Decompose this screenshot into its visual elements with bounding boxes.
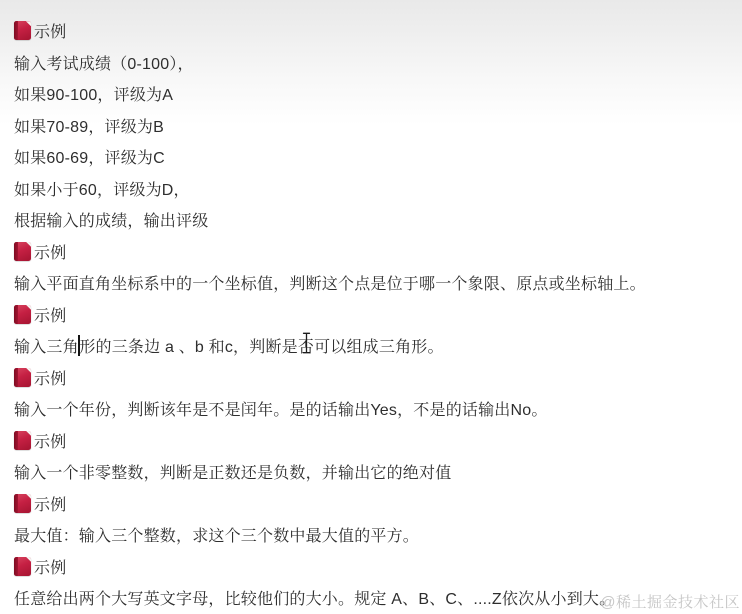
exercise-text: 输入一个非零整数，判断是正数还是负数，并输出它的绝对值 [14,460,451,483]
example-header: 示例 [0,551,742,583]
exercise-text: 任意给出两个大写英文字母，比较他们的大小。规定 A、B、C、....Z依次从小到… [14,586,615,609]
exercise-line: 如果小于60，评级为D， [0,173,742,205]
exercise-line: 如果60-69，评级为C [0,141,742,173]
watermark: @稀土掘金技术社区 [600,591,740,612]
example-header: 示例 [0,362,742,394]
red-book-icon [14,368,31,387]
red-book-icon [14,21,31,40]
ibeam-cursor-icon [302,332,311,354]
example-header: 示例 [0,299,742,331]
example-header-label: 示例 [34,555,66,578]
exercise-line: 输入三角形的三条边 a 、b 和c，判断是否可以组成三角形。 [0,330,742,362]
text-caret [78,335,80,356]
example-header-label: 示例 [34,429,66,452]
exercise-line: 输入平面直角坐标系中的一个坐标值，判断这个点是位于哪一个象限、原点或坐标轴上。 [0,267,742,299]
example-header: 示例 [0,425,742,457]
example-header-label: 示例 [34,366,66,389]
example-header: 示例 [0,236,742,268]
exercise-line: 输入考试成绩（0-100）， [0,47,742,79]
example-header-label: 示例 [34,19,66,42]
example-header-label: 示例 [34,492,66,515]
exercise-text: 如果90-100，评级为A [14,82,173,105]
example-header: 示例 [0,15,742,47]
exercise-line: 如果90-100，评级为A [0,78,742,110]
red-book-icon [14,557,31,576]
example-header-label: 示例 [34,240,66,263]
exercise-line: 如果70-89，评级为B [0,110,742,142]
exercise-text: 输入一个年份，判断该年是不是闰年。是的话输出Yes，不是的话输出No。 [14,397,548,420]
exercise-text: 如果70-89，评级为B [14,114,164,137]
exercise-text: 最大值：输入三个整数，求这个三个数中最大值的平方。 [14,523,419,546]
exercise-line: 输入一个非零整数，判断是正数还是负数，并输出它的绝对值 [0,456,742,488]
exercise-text: 输入考试成绩（0-100）， [14,51,194,74]
article-body: 示例输入考试成绩（0-100），如果90-100，评级为A如果70-89，评级为… [0,0,742,614]
red-book-icon [14,305,31,324]
red-book-icon [14,242,31,261]
exercise-line: 最大值：输入三个整数，求这个三个数中最大值的平方。 [0,519,742,551]
example-header-label: 示例 [34,303,66,326]
exercise-text: 输入三角形的三条边 a 、b 和c，判断是否可以组成三角形。 [14,334,444,357]
exercise-text: 如果60-69，评级为C [14,145,165,168]
red-book-icon [14,494,31,513]
red-book-icon [14,431,31,450]
exercise-text: 如果小于60，评级为D， [14,177,190,200]
exercise-line: 输入一个年份，判断该年是不是闰年。是的话输出Yes，不是的话输出No。 [0,393,742,425]
exercise-line: 根据输入的成绩，输出评级 [0,204,742,236]
exercise-text: 输入平面直角坐标系中的一个坐标值，判断这个点是位于哪一个象限、原点或坐标轴上。 [14,271,646,294]
ibeam-cursor-host: 否 [298,334,314,357]
example-header: 示例 [0,488,742,520]
exercise-text: 根据输入的成绩，输出评级 [14,208,208,231]
